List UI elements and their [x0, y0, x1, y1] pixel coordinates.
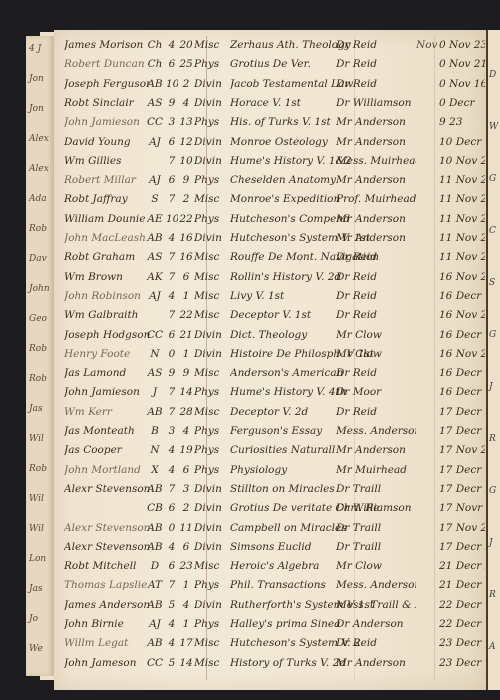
- entry-date: 16 Nov 29: [439, 309, 485, 321]
- entry-shelf: 7: [166, 406, 178, 418]
- entry-num: 1: [178, 579, 194, 591]
- stub-text: Rob: [29, 464, 47, 474]
- entry-shelf: 7: [166, 386, 178, 398]
- entry-sect: Misc: [194, 193, 224, 205]
- entry-date: 21 Decr 22: [439, 560, 485, 572]
- entry-class: AS: [144, 367, 166, 379]
- entry-num: 14: [178, 657, 194, 669]
- entry-name: Willm Legat: [64, 637, 150, 649]
- entry-ret: Nov: [416, 39, 438, 51]
- entry-num: 16: [178, 232, 194, 244]
- entry-name: Jas Lamond: [64, 367, 150, 379]
- entry-date: 23 Decr 6: [439, 637, 485, 649]
- entry-date: 16 Decr 1: [439, 367, 485, 379]
- entry-date: 11 Nov 24: [439, 251, 485, 263]
- entry-num: 1: [178, 618, 194, 630]
- entry-num: 6: [178, 464, 194, 476]
- entry-num: 4: [178, 97, 194, 109]
- entry-shelf: 4: [166, 232, 178, 244]
- entry-shelf: 4: [166, 637, 178, 649]
- entry-lender: Dr Reid: [336, 367, 416, 379]
- stub-text: G: [489, 174, 496, 184]
- entry-name: Thomas Lapslie: [64, 579, 150, 591]
- entry-shelf: 5: [166, 657, 178, 669]
- entry-name: John Jameson: [64, 657, 150, 669]
- entry-class: CC: [144, 329, 166, 341]
- entry-lender: Mr Clow: [336, 560, 416, 572]
- entry-num: 10: [178, 155, 194, 167]
- entry-date: 17 Novr 30: [439, 502, 485, 514]
- entry-date: 17 Decr 18: [439, 464, 485, 476]
- entry-class: Ch: [144, 58, 166, 70]
- entry-lender: Dr Traill: [336, 522, 416, 534]
- entry-num: 22: [178, 213, 194, 225]
- ledger-page: James MorisonCh420MiscZerhaus Ath. Theol…: [54, 30, 486, 690]
- right-page-stub: DWGCSGJRGJRA: [486, 30, 500, 690]
- entry-class: Ch: [144, 39, 166, 51]
- entry-date: 0 Nov 16: [439, 78, 485, 90]
- entry-name: Wm Gillies: [64, 155, 150, 167]
- entry-sect: Misc: [194, 560, 224, 572]
- stub-text: Jon: [29, 104, 44, 114]
- entry-shelf: 5: [166, 599, 178, 611]
- entry-lender: Dr Moor: [336, 386, 416, 398]
- entry-num: 6: [178, 271, 194, 283]
- entry-name: John Robinson: [64, 290, 150, 302]
- entry-class: AK: [144, 271, 166, 283]
- stub-text: Wil: [29, 494, 44, 504]
- entry-sect: Misc: [194, 657, 224, 669]
- entry-date: 17 Decr 1: [439, 425, 485, 437]
- stub-text: Wil: [29, 524, 44, 534]
- entry-lender: Dr Reid: [336, 637, 416, 649]
- stub-text: Wil: [29, 434, 44, 444]
- entry-class: AJ: [144, 136, 166, 148]
- entry-shelf: 4: [166, 618, 178, 630]
- entry-num: 13: [178, 116, 194, 128]
- entry-name: Robt Sinclair: [64, 97, 150, 109]
- entry-num: 25: [178, 58, 194, 70]
- entry-num: 19: [178, 444, 194, 456]
- entry-num: 2: [178, 193, 194, 205]
- entry-shelf: 7: [166, 271, 178, 283]
- entry-sect: Phys: [194, 444, 224, 456]
- entry-class: J: [144, 386, 166, 398]
- stub-text: We: [29, 644, 43, 654]
- entry-name: Joseph Ferguson: [64, 78, 150, 90]
- entry-lender: Mess. Muirhead: [336, 155, 416, 167]
- entry-num: 11: [178, 522, 194, 534]
- entry-num: 2: [178, 78, 194, 90]
- entry-shelf: 10: [166, 78, 178, 90]
- entry-num: 9: [178, 367, 194, 379]
- entry-date: 16 Nov 29: [439, 348, 485, 360]
- entry-class: AB: [144, 232, 166, 244]
- entry-lender: Mr Clow: [336, 348, 416, 360]
- entry-class: AJ: [144, 290, 166, 302]
- entry-shelf: 9: [166, 367, 178, 379]
- stub-text: S: [489, 278, 495, 288]
- entry-shelf: 4: [166, 290, 178, 302]
- entry-shelf: 4: [166, 464, 178, 476]
- entry-lender: Dr Reid: [336, 406, 416, 418]
- entry-sect: Divin: [194, 483, 224, 495]
- entry-class: N: [144, 348, 166, 360]
- entry-class: AS: [144, 251, 166, 263]
- entry-class: AB: [144, 522, 166, 534]
- entry-num: 6: [178, 541, 194, 553]
- entry-sect: Divin: [194, 136, 224, 148]
- entry-shelf: 6: [166, 329, 178, 341]
- entry-shelf: 7: [166, 483, 178, 495]
- entry-name: Alexr Stevenson: [64, 483, 150, 495]
- entry-name: Jas Cooper: [64, 444, 150, 456]
- stub-text: Dav: [29, 254, 47, 264]
- entry-shelf: 0: [166, 348, 178, 360]
- entry-sect: Misc: [194, 309, 224, 321]
- stub-text: Jon: [29, 74, 44, 84]
- entry-sect: Misc: [194, 637, 224, 649]
- entry-num: 16: [178, 251, 194, 263]
- stub-text: Geo: [29, 314, 47, 324]
- entry-name: Alexr Stevenson: [64, 522, 150, 534]
- entry-date: 0 Nov 21: [439, 58, 485, 70]
- entry-date: 10 Nov 23: [439, 155, 485, 167]
- entry-shelf: 10: [166, 213, 178, 225]
- entry-sect: Misc: [194, 251, 224, 263]
- entry-sect: Phys: [194, 213, 224, 225]
- entry-date: 11 Nov 21: [439, 213, 485, 225]
- entry-class: CB: [144, 502, 166, 514]
- entry-shelf: 4: [166, 39, 178, 51]
- entry-lender: Mr Anderson: [336, 136, 416, 148]
- entry-sect: Divin: [194, 329, 224, 341]
- entry-shelf: 3: [166, 116, 178, 128]
- entry-lender: Dr Traill: [336, 483, 416, 495]
- stub-text: W: [489, 122, 498, 132]
- entry-sect: Misc: [194, 367, 224, 379]
- ledger-row: John JamesonCC514MiscHistory of Turks V.…: [54, 654, 486, 676]
- entry-date: 16 Decr 5: [439, 386, 485, 398]
- entry-name: Joseph Hodgson: [64, 329, 150, 341]
- stub-text: John: [29, 284, 50, 294]
- entry-sect: Phys: [194, 425, 224, 437]
- entry-shelf: 6: [166, 174, 178, 186]
- entry-date: 11 Nov 23: [439, 174, 485, 186]
- entry-class: B: [144, 425, 166, 437]
- entry-class: AT: [144, 579, 166, 591]
- entry-lender: Mr Anderson: [336, 657, 416, 669]
- entry-name: William Dounie: [64, 213, 150, 225]
- entry-sect: Phys: [194, 464, 224, 476]
- entry-class: AB: [144, 406, 166, 418]
- entry-lender: Mess. Anderson & Moor: [336, 425, 416, 437]
- entry-num: 4: [178, 599, 194, 611]
- entry-sect: Misc: [194, 271, 224, 283]
- entry-date: 21 Decr 1: [439, 579, 485, 591]
- entry-sect: Phys: [194, 116, 224, 128]
- entry-shelf: 7: [166, 309, 178, 321]
- entry-date: 16 Nov 21: [439, 271, 485, 283]
- entry-shelf: 6: [166, 560, 178, 572]
- entry-name: Wm Kerr: [64, 406, 150, 418]
- entry-shelf: 4: [166, 541, 178, 553]
- entry-num: 28: [178, 406, 194, 418]
- entry-name: Robert Duncan: [64, 58, 150, 70]
- entry-lender: Mr Anderson: [336, 444, 416, 456]
- entry-date: 23 Decr: [439, 657, 485, 669]
- entry-date: 10 Decr: [439, 136, 485, 148]
- entry-shelf: 6: [166, 502, 178, 514]
- entry-lender: Dr Reid: [336, 271, 416, 283]
- stub-text: Jas: [29, 584, 43, 594]
- entry-num: 4: [178, 425, 194, 437]
- entry-sect: Divin: [194, 78, 224, 90]
- entry-lender: Dr Williamson: [336, 97, 416, 109]
- entry-date: 17 Nov 29: [439, 522, 485, 534]
- entry-class: CC: [144, 116, 166, 128]
- entry-name: James Anderson: [64, 599, 150, 611]
- entry-num: 12: [178, 136, 194, 148]
- entry-name: Alexr Stevenson: [64, 541, 150, 553]
- entry-lender: Mr Muirhead: [336, 464, 416, 476]
- stub-text: Jo: [29, 614, 38, 624]
- entry-num: 14: [178, 386, 194, 398]
- entry-sect: Divin: [194, 522, 224, 534]
- stub-text: G: [489, 330, 496, 340]
- entry-lender: Mr Anderson: [336, 213, 416, 225]
- entry-date: 16 Decr 1: [439, 329, 485, 341]
- entry-class: N: [144, 444, 166, 456]
- entry-name: Robt Graham: [64, 251, 150, 263]
- stub-text: Alex: [29, 164, 49, 174]
- stub-text: Jas: [29, 404, 43, 414]
- stub-text: D: [489, 70, 496, 80]
- entry-date: 0 Nov 23: [439, 39, 485, 51]
- entry-name: Wm Galbraith: [64, 309, 150, 321]
- entry-class: AB: [144, 483, 166, 495]
- entry-name: Wm Brown: [64, 271, 150, 283]
- entry-lender: Prof. Muirhead: [336, 193, 416, 205]
- entry-lender: Dr Reid: [336, 290, 416, 302]
- entry-shelf: 9: [166, 97, 178, 109]
- entry-class: AB: [144, 637, 166, 649]
- stub-text: J: [489, 382, 493, 392]
- entry-sect: Misc: [194, 39, 224, 51]
- entry-lender: Dr Reid: [336, 251, 416, 263]
- entry-name: Jas Monteath: [64, 425, 150, 437]
- entry-shelf: 7: [166, 193, 178, 205]
- entry-sect: Divin: [194, 97, 224, 109]
- entry-sect: Phys: [194, 579, 224, 591]
- entry-class: AB: [144, 541, 166, 553]
- left-page-stub: 4 JJonJonAlexAlexAdaRobDavJohnGeoRobRobJ…: [26, 36, 55, 676]
- entry-num: 1: [178, 348, 194, 360]
- entry-num: 9: [178, 174, 194, 186]
- entry-shelf: 7: [166, 251, 178, 263]
- entry-lender: Dr Reid: [336, 309, 416, 321]
- stub-text: 4 J: [29, 44, 41, 54]
- entry-sect: Misc: [194, 290, 224, 302]
- stub-text: R: [489, 590, 496, 600]
- entry-date: 9 23: [439, 116, 485, 128]
- entry-num: 2: [178, 502, 194, 514]
- stub-text: Ada: [29, 194, 47, 204]
- entry-lender: Mr Clow: [336, 329, 416, 341]
- entry-name: Henry Foote: [64, 348, 150, 360]
- entry-shelf: 7: [166, 155, 178, 167]
- entry-name: Robt Jaffray: [64, 193, 150, 205]
- entry-num: 17: [178, 637, 194, 649]
- stub-text: J: [489, 538, 493, 548]
- entry-lender: Dr Reid: [336, 78, 416, 90]
- entry-name: John MacLeash: [64, 232, 150, 244]
- stub-text: R: [489, 434, 496, 444]
- entry-name: John Mortland: [64, 464, 150, 476]
- entry-lender: Mr Anderson: [336, 174, 416, 186]
- entry-class: AJ: [144, 618, 166, 630]
- entry-sect: Divin: [194, 541, 224, 553]
- entry-lender: Mess. Traill & Muirhead: [336, 599, 416, 611]
- entry-class: S: [144, 193, 166, 205]
- entry-class: CC: [144, 657, 166, 669]
- entry-num: 23: [178, 560, 194, 572]
- entry-class: AS: [144, 97, 166, 109]
- entry-shelf: 4: [166, 444, 178, 456]
- entry-lender: Dr Anderson: [336, 618, 416, 630]
- entry-sect: Misc: [194, 406, 224, 418]
- entry-lender: Dr Reid: [336, 39, 416, 51]
- entry-shelf: 6: [166, 136, 178, 148]
- entry-class: AB: [144, 599, 166, 611]
- stub-text: Alex: [29, 134, 49, 144]
- entry-name: Robt Mitchell: [64, 560, 150, 572]
- entry-num: 1: [178, 290, 194, 302]
- entry-name: David Young: [64, 136, 150, 148]
- entry-sect: Divin: [194, 232, 224, 244]
- entry-name: John Jamieson: [64, 116, 150, 128]
- entry-shelf: 0: [166, 522, 178, 534]
- entry-date: 22 Decr 6: [439, 599, 485, 611]
- entry-lender: Mess. Anderson & Williamson: [336, 579, 416, 591]
- entry-name: John Birnie: [64, 618, 150, 630]
- entry-sect: Phys: [194, 386, 224, 398]
- entry-lender: Dr Reid: [336, 58, 416, 70]
- entry-name: John Jamieson: [64, 386, 150, 398]
- entry-class: AJ: [144, 174, 166, 186]
- entry-num: 3: [178, 483, 194, 495]
- entry-shelf: 3: [166, 425, 178, 437]
- entry-date: 0 Decr: [439, 97, 485, 109]
- stub-text: G: [489, 486, 496, 496]
- entry-num: 21: [178, 329, 194, 341]
- stub-text: Lon: [29, 554, 46, 564]
- entry-class: AE: [144, 213, 166, 225]
- entry-lender: Dr Williamson: [336, 502, 416, 514]
- entry-class: X: [144, 464, 166, 476]
- entry-lender: Dr Traill: [336, 541, 416, 553]
- entry-sect: Divin: [194, 599, 224, 611]
- stub-text: Rob: [29, 374, 47, 384]
- entry-date: 22 Decr: [439, 618, 485, 630]
- entry-date: 17 Nov 23: [439, 444, 485, 456]
- entry-sect: Divin: [194, 502, 224, 514]
- entry-date: 17 Decr 26: [439, 541, 485, 553]
- entry-class: AB: [144, 78, 166, 90]
- entry-lender: Mr Anderson: [336, 116, 416, 128]
- entry-sect: Phys: [194, 618, 224, 630]
- stub-text: Rob: [29, 344, 47, 354]
- stub-text: C: [489, 226, 496, 236]
- entry-sect: Phys: [194, 58, 224, 70]
- entry-name: James Morison: [64, 39, 150, 51]
- entry-sect: Divin: [194, 155, 224, 167]
- stub-text: Rob: [29, 224, 47, 234]
- entry-shelf: 7: [166, 579, 178, 591]
- entry-lender: Mr Anderson: [336, 232, 416, 244]
- entry-date: 17 Decr 20: [439, 406, 485, 418]
- entry-date: 11 Nov 22: [439, 232, 485, 244]
- stub-text: A: [489, 642, 496, 652]
- entry-sect: Phys: [194, 174, 224, 186]
- entry-shelf: 6: [166, 58, 178, 70]
- entry-num: 20: [178, 39, 194, 51]
- entry-date: 17 Decr 20: [439, 483, 485, 495]
- entry-sect: Divin: [194, 348, 224, 360]
- entry-date: 16 Decr 6: [439, 290, 485, 302]
- entry-name: Robert Millar: [64, 174, 150, 186]
- entry-num: 22: [178, 309, 194, 321]
- entry-date: 11 Nov 23: [439, 193, 485, 205]
- entry-class: D: [144, 560, 166, 572]
